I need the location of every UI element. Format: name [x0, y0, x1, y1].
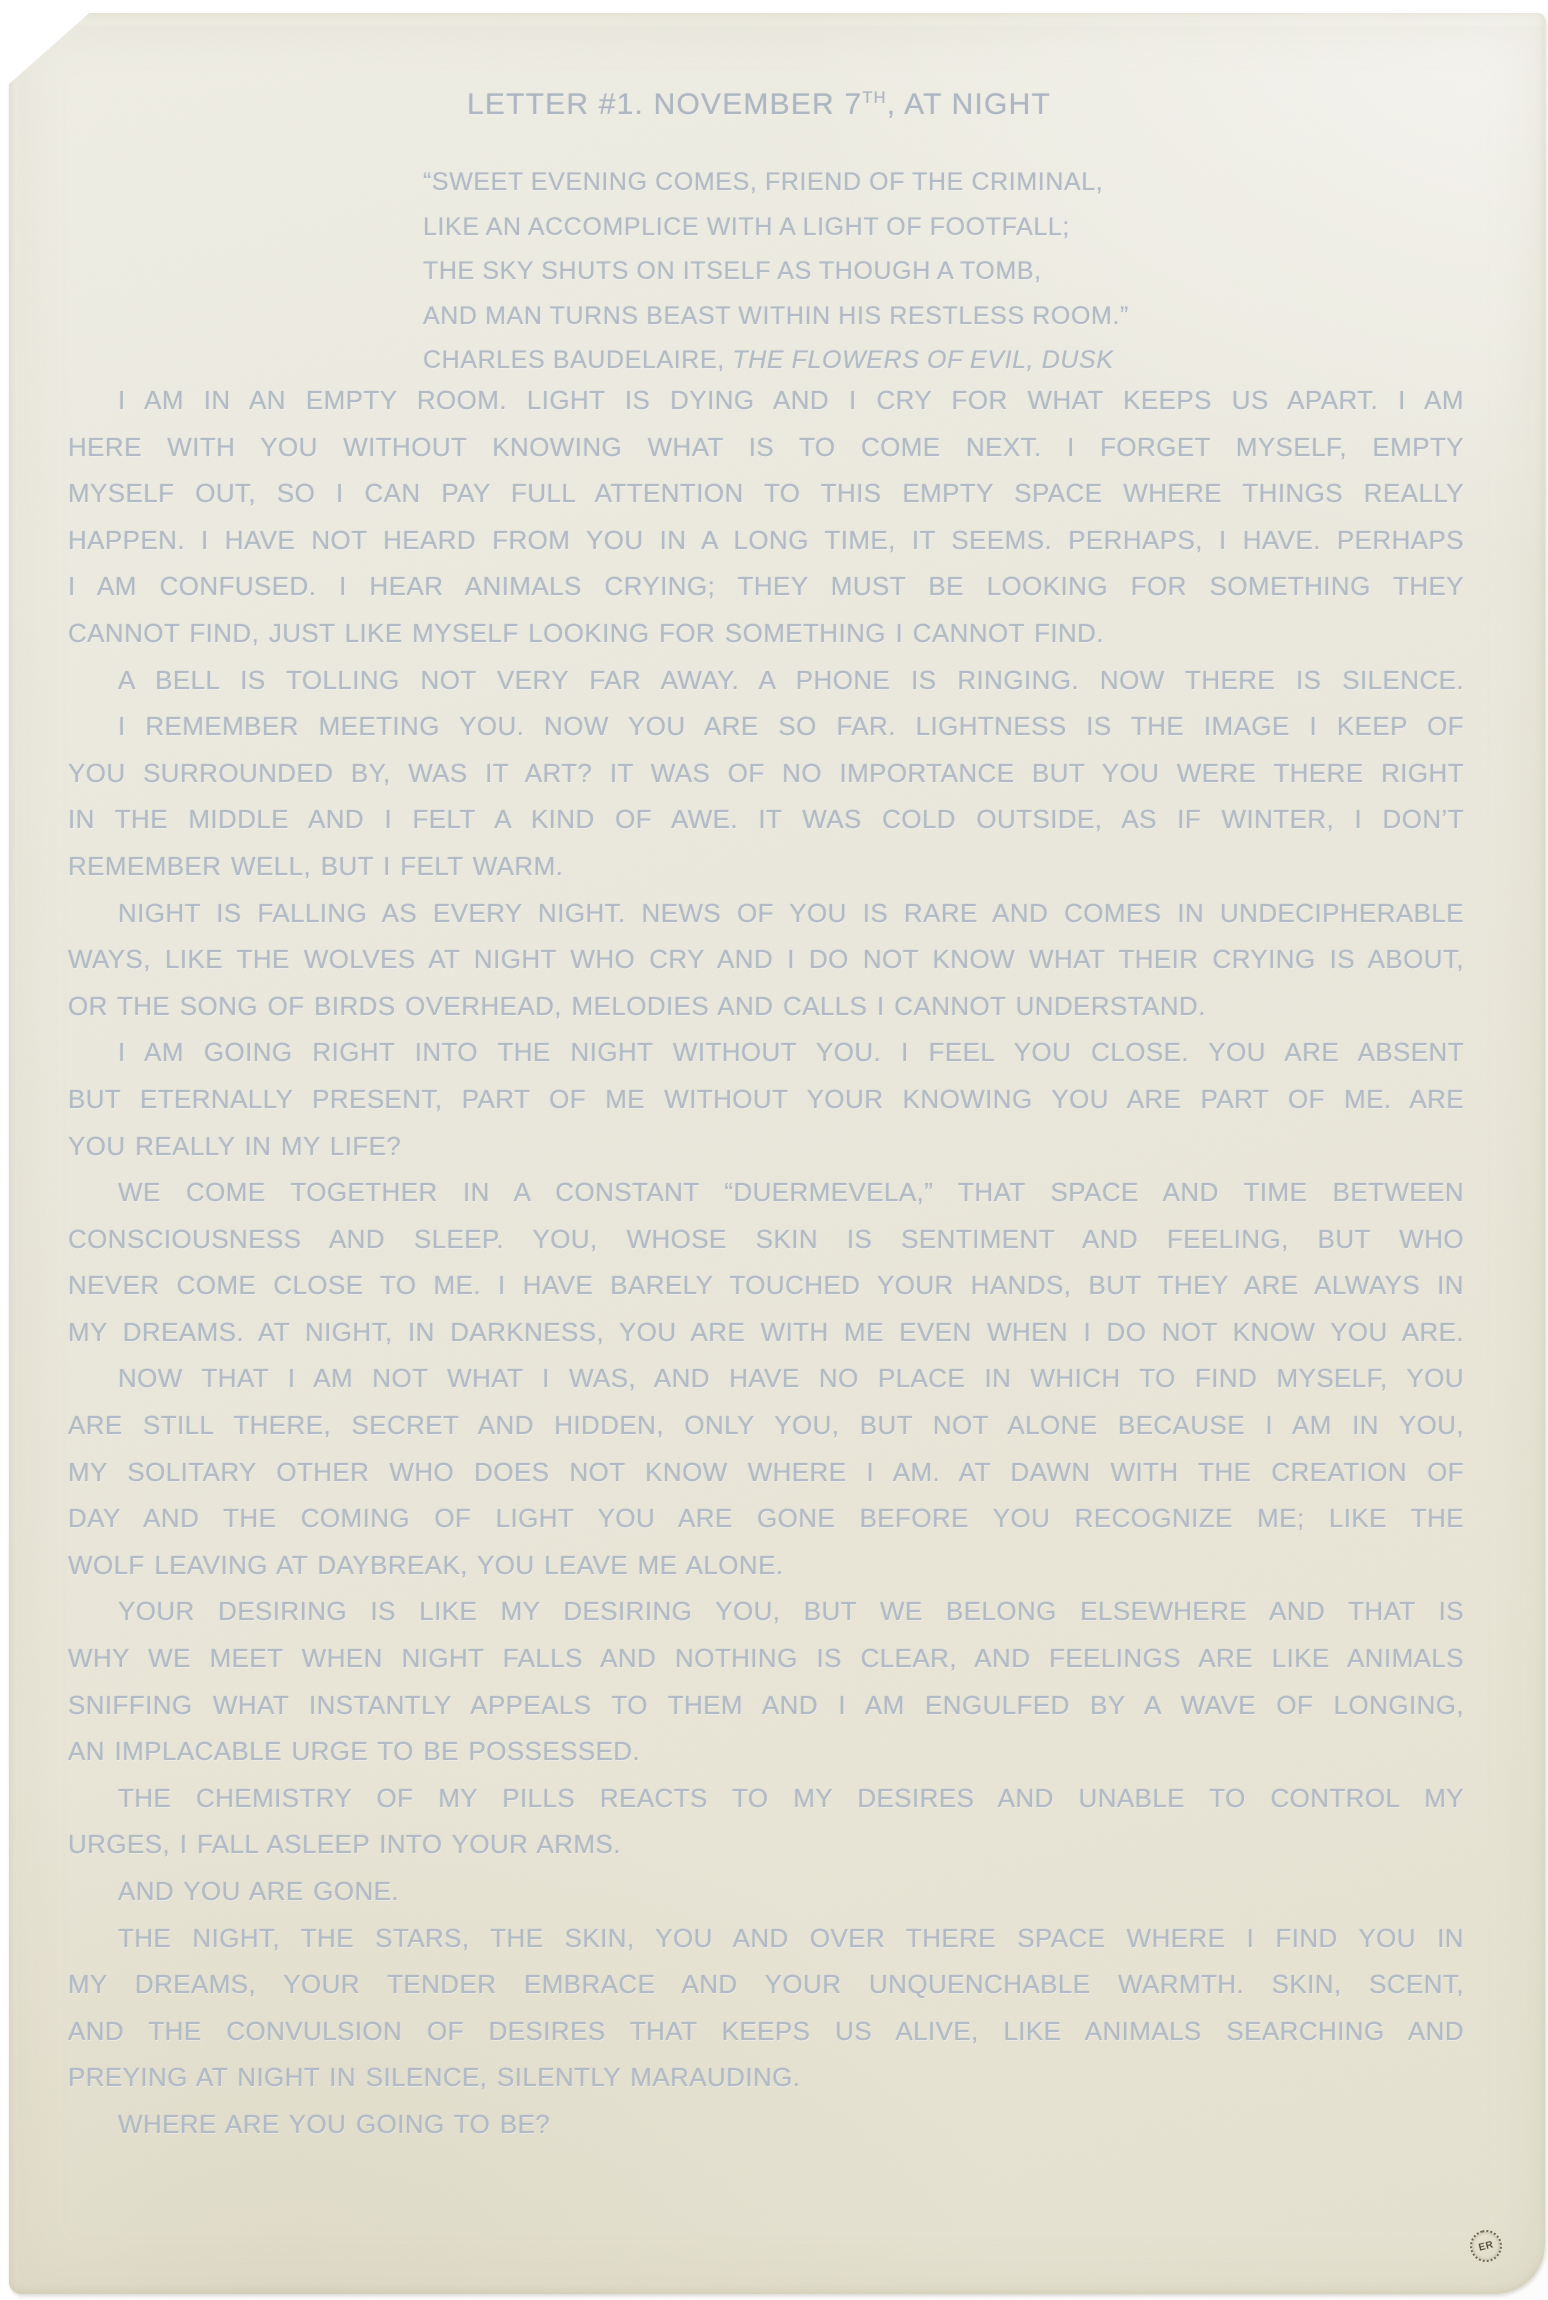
letter-line: THE CHEMISTRY OF MY PILLS REACTS TO MY D… [68, 1775, 1464, 1822]
seal-monogram: ER [1477, 2239, 1494, 2253]
letter-line: CANNOT FIND, JUST LIKE MYSELF LOOKING FO… [68, 610, 1464, 657]
letter-line: BUT ETERNALLY PRESENT, PART OF ME WITHOU… [68, 1076, 1464, 1123]
letter-title-suffix: , AT NIGHT [887, 88, 1051, 121]
letter-line: SNIFFING WHAT INSTANTLY APPEALS TO THEM … [68, 1682, 1464, 1729]
epigraph-line: “SWEET EVENING COMES, FRIEND OF THE CRIM… [423, 160, 1243, 205]
letter-line: HAPPEN. I HAVE NOT HEARD FROM YOU IN A L… [68, 517, 1464, 564]
letter-line: MY DREAMS. AT NIGHT, IN DARKNESS, YOU AR… [68, 1309, 1464, 1356]
letter-line: WOLF LEAVING AT DAYBREAK, YOU LEAVE ME A… [68, 1542, 1464, 1589]
letter-line: YOUR DESIRING IS LIKE MY DESIRING YOU, B… [68, 1588, 1464, 1635]
letter-line: WE COME TOGETHER IN A CONSTANT “DUERMEVE… [68, 1169, 1464, 1216]
letter-line: AND YOU ARE GONE. [68, 1868, 1464, 1915]
letter-line: AN IMPLACABLE URGE TO BE POSSESSED. [68, 1728, 1464, 1775]
letter-line: URGES, I FALL ASLEEP INTO YOUR ARMS. [68, 1821, 1464, 1868]
letter-title-text: LETTER #1. NOVEMBER 7 [467, 88, 862, 121]
letter-line: MY DREAMS, YOUR TENDER EMBRACE AND YOUR … [68, 1961, 1464, 2008]
letter-line: NOW THAT I AM NOT WHAT I WAS, AND HAVE N… [68, 1355, 1464, 1402]
letter-line: I AM CONFUSED. I HEAR ANIMALS CRYING; TH… [68, 563, 1464, 610]
letter-line: OR THE SONG OF BIRDS OVERHEAD, MELODIES … [68, 983, 1464, 1030]
epigraph: “SWEET EVENING COMES, FRIEND OF THE CRIM… [423, 160, 1243, 383]
letter-line: I AM GOING RIGHT INTO THE NIGHT WITHOUT … [68, 1029, 1464, 1076]
letter-body: I AM IN AN EMPTY ROOM. LIGHT IS DYING AN… [68, 377, 1464, 2148]
letter-line: WAYS, LIKE THE WOLVES AT NIGHT WHO CRY A… [68, 936, 1464, 983]
torn-corner [0, 0, 104, 92]
letter-line: YOU REALLY IN MY LIFE? [68, 1123, 1464, 1170]
letter-line: CONSCIOUSNESS AND SLEEP. YOU, WHOSE SKIN… [68, 1216, 1464, 1263]
letter-line: WHY WE MEET WHEN NIGHT FALLS AND NOTHING… [68, 1635, 1464, 1682]
attribution-work: THE FLOWERS OF EVIL, DUSK [732, 346, 1113, 374]
letter-line: DAY AND THE COMING OF LIGHT YOU ARE GONE… [68, 1495, 1464, 1542]
letter-line: I AM IN AN EMPTY ROOM. LIGHT IS DYING AN… [68, 377, 1464, 424]
letter-line: MYSELF OUT, SO I CAN PAY FULL ATTENTION … [68, 470, 1464, 517]
letter-line: NIGHT IS FALLING AS EVERY NIGHT. NEWS OF… [68, 890, 1464, 937]
letter-line: WHERE ARE YOU GOING TO BE? [68, 2101, 1464, 2148]
letter-line: YOU SURROUNDED BY, WAS IT ART? IT WAS OF… [68, 750, 1464, 797]
letter-line: REMEMBER WELL, BUT I FELT WARM. [68, 843, 1464, 890]
letter-line: AND THE CONVULSION OF DESIRES THAT KEEPS… [68, 2008, 1464, 2055]
letter-line: A BELL IS TOLLING NOT VERY FAR AWAY. A P… [68, 657, 1464, 704]
letter-line: I REMEMBER MEETING YOU. NOW YOU ARE SO F… [68, 703, 1464, 750]
letter-line: PREYING AT NIGHT IN SILENCE, SILENTLY MA… [68, 2054, 1464, 2101]
letter-line: IN THE MIDDLE AND I FELT A KIND OF AWE. … [68, 796, 1464, 843]
letter-line: ARE STILL THERE, SECRET AND HIDDEN, ONLY… [68, 1402, 1464, 1449]
ordinal-superscript: TH [862, 89, 886, 107]
epigraph-line: THE SKY SHUTS ON ITSELF AS THOUGH A TOMB… [423, 249, 1243, 294]
letter-line: MY SOLITARY OTHER WHO DOES NOT KNOW WHER… [68, 1449, 1464, 1496]
letter-line: HERE WITH YOU WITHOUT KNOWING WHAT IS TO… [68, 424, 1464, 471]
artwork-scan: LETTER #1. NOVEMBER 7TH, AT NIGHT “SWEET… [0, 0, 1548, 2300]
attribution-author: CHARLES BAUDELAIRE, [423, 346, 732, 374]
letter-line: NEVER COME CLOSE TO ME. I HAVE BARELY TO… [68, 1262, 1464, 1309]
epigraph-line: LIKE AN ACCOMPLICE WITH A LIGHT OF FOOTF… [423, 205, 1243, 250]
epigraph-line: AND MAN TURNS BEAST WITHIN HIS RESTLESS … [423, 294, 1243, 339]
letter-line: THE NIGHT, THE STARS, THE SKIN, YOU AND … [68, 1915, 1464, 1962]
letter-title: LETTER #1. NOVEMBER 7TH, AT NIGHT [0, 88, 1548, 122]
